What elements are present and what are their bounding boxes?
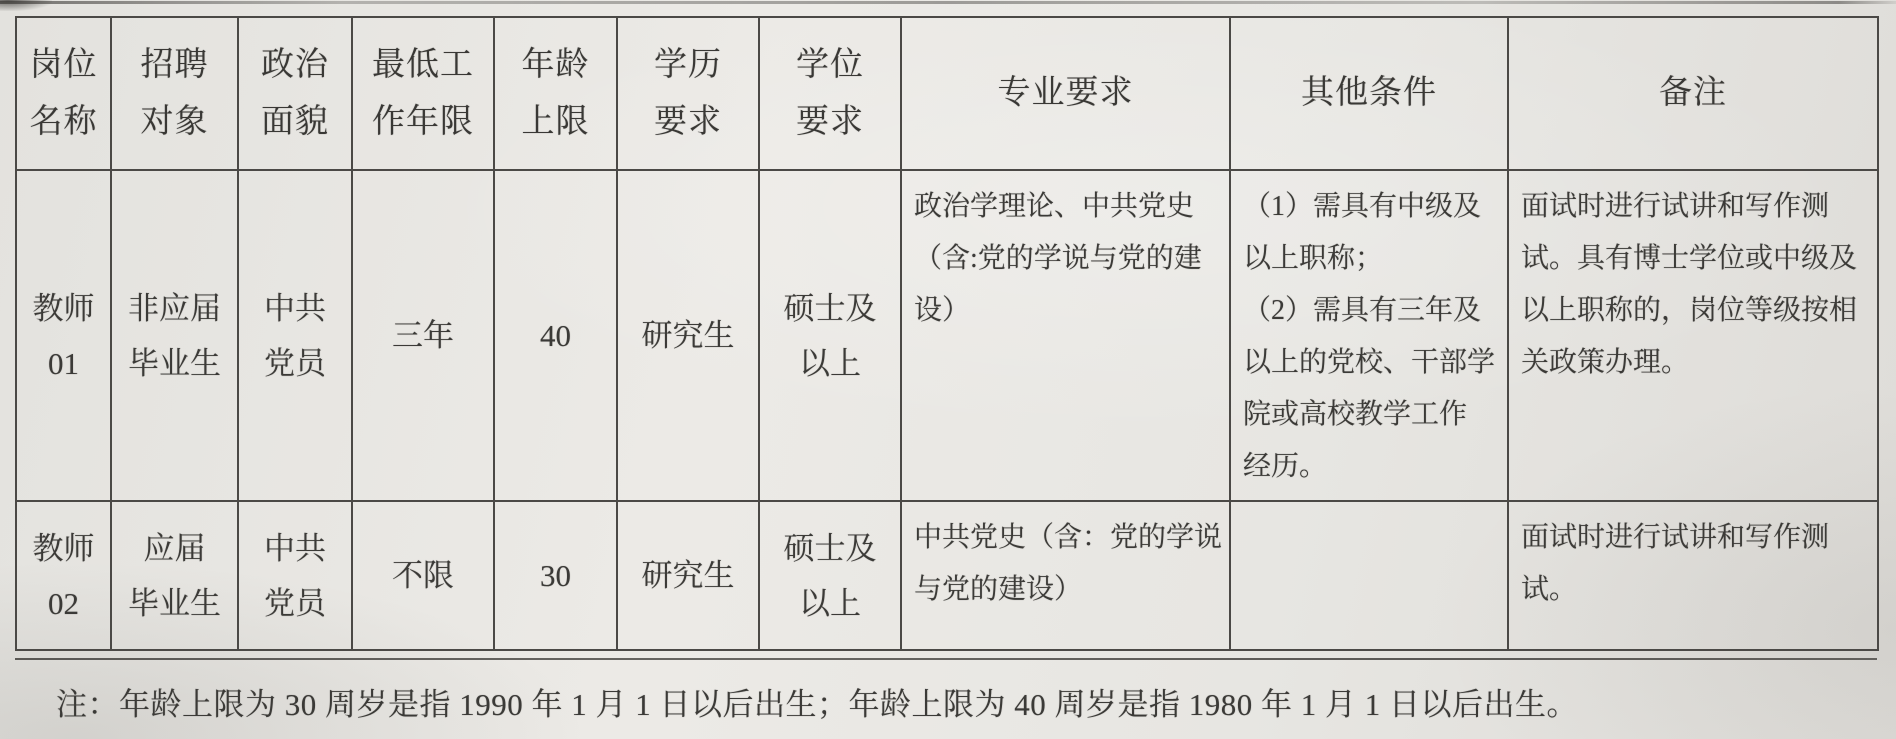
cell-r1-remark: 面试时进行试讲和写作测 试。具有博士学位或中级及 以上职称的，岗位等级按相 关政… <box>1508 170 1878 501</box>
header-position: 岗位 名称 <box>16 17 111 170</box>
cell-r2-remark: 面试时进行试讲和写作测 试。 <box>1508 501 1878 650</box>
cell-r2-target: 应届 毕业生 <box>111 501 238 650</box>
cell-r2-political: 中共 党员 <box>238 501 352 650</box>
header-age-limit: 年龄 上限 <box>494 17 617 170</box>
cell-r2-education: 研究生 <box>617 501 759 650</box>
cell-r1-degree: 硕士及 以上 <box>759 170 901 501</box>
header-target: 招聘 对象 <box>111 17 238 170</box>
header-political: 政治 面貌 <box>238 17 352 170</box>
header-min-years: 最低工 作年限 <box>352 17 494 170</box>
header-other: 其他条件 <box>1230 17 1508 170</box>
cell-r2-degree: 硕士及 以上 <box>759 501 901 650</box>
cell-r2-major: 中共党史（含：党的学说 与党的建设） <box>901 501 1230 650</box>
header-remark: 备注 <box>1508 17 1878 170</box>
header-major: 专业要求 <box>901 17 1230 170</box>
document-sheet: 岗位 名称 招聘 对象 政治 面貌 最低工 作年限 年龄 上限 学历 要求 学位… <box>15 16 1877 660</box>
cell-r1-min-years: 三年 <box>352 170 494 501</box>
cell-r1-position: 教师 01 <box>16 170 111 501</box>
cell-r1-major: 政治学理论、中共党史 （含:党的学说与党的建 设） <box>901 170 1230 501</box>
cell-r1-age-limit: 40 <box>494 170 617 501</box>
header-degree: 学位 要求 <box>759 17 901 170</box>
footnote: 注：年龄上限为 30 周岁是指 1990 年 1 月 1 日以后出生；年龄上限为… <box>56 679 1578 724</box>
cell-r2-age-limit: 30 <box>494 501 617 650</box>
cell-r1-education: 研究生 <box>617 170 759 501</box>
table-row: 教师 02 应届 毕业生 中共 党员 不限 30 研究生 硕士及 以上 中共党史… <box>16 501 1878 650</box>
cell-r2-min-years: 不限 <box>352 501 494 650</box>
header-education: 学历 要求 <box>617 17 759 170</box>
cell-r2-other <box>1230 501 1508 650</box>
cropped-content-line <box>0 1 1896 4</box>
recruitment-table: 岗位 名称 招聘 对象 政治 面貌 最低工 作年限 年龄 上限 学历 要求 学位… <box>15 16 1879 651</box>
table-row: 教师 01 非应届 毕业生 中共 党员 三年 40 研究生 硕士及 以上 政治学… <box>16 170 1878 501</box>
table-header-row: 岗位 名称 招聘 对象 政治 面貌 最低工 作年限 年龄 上限 学历 要求 学位… <box>16 17 1878 170</box>
cell-r1-target: 非应届 毕业生 <box>111 170 238 501</box>
photo-corner-shadow <box>0 0 52 11</box>
cell-r1-other: （1）需具有中级及 以上职称； （2）需具有三年及 以上的党校、干部学 院或高校… <box>1230 170 1508 501</box>
cell-r1-political: 中共 党员 <box>238 170 352 501</box>
table-outer-bottom-edge <box>15 658 1877 660</box>
cell-r2-position: 教师 02 <box>16 501 111 650</box>
